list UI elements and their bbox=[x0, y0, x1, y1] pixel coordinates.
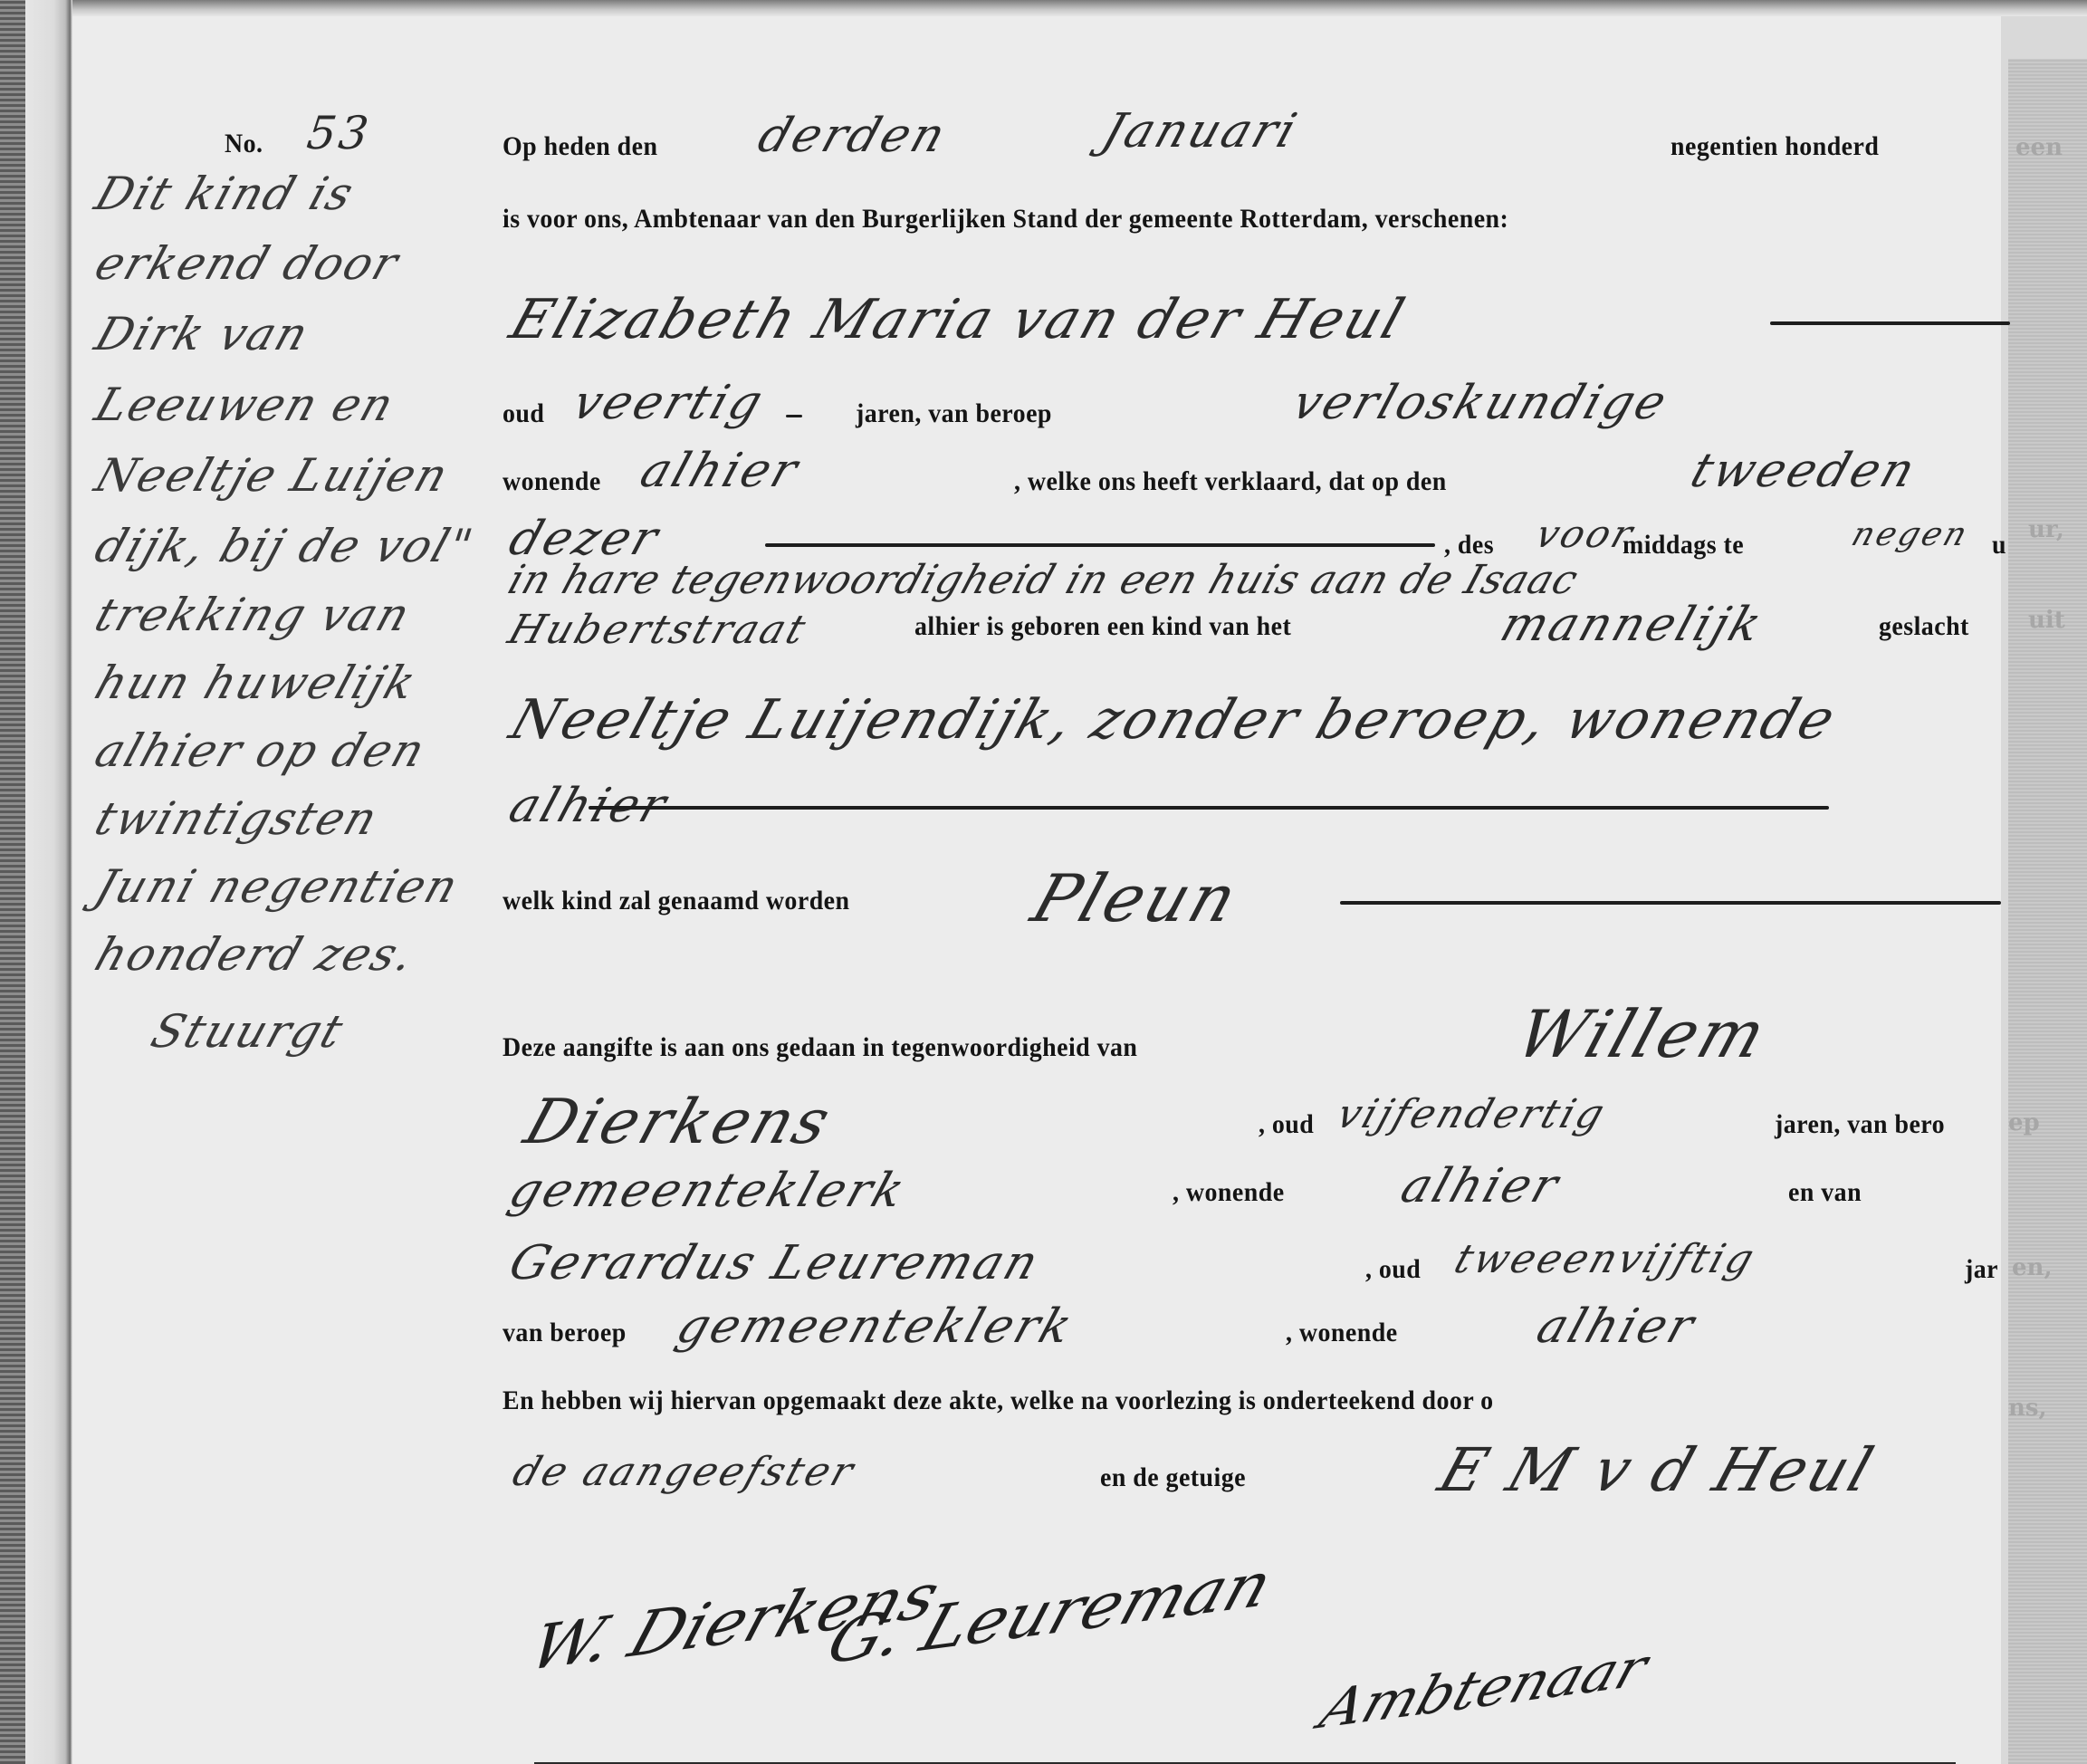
handwritten-mother: Neeltje Luijendijk, zonder beroep, wonen… bbox=[503, 688, 1845, 752]
handwritten-day: derden bbox=[752, 109, 954, 163]
handwritten-witness1-age: vijfendertig bbox=[1331, 1091, 1613, 1137]
cut-text-jaren: en, bbox=[2012, 1254, 2053, 1281]
printed-text: is voor ons, Ambtenaar van den Burgerlij… bbox=[503, 204, 1508, 235]
margin-signature: Stuurgt bbox=[145, 1005, 351, 1058]
margin-line: Juni negentien bbox=[89, 860, 466, 913]
handwritten-place: in hare tegenwoordigheid in een huis aan… bbox=[503, 557, 1584, 603]
fill-line bbox=[1340, 901, 2001, 905]
handwritten-declarant-age: veertig bbox=[566, 376, 771, 430]
margin-line: Dit kind is bbox=[89, 168, 361, 220]
handwritten-declarant-profession: verloskundige bbox=[1286, 376, 1676, 430]
handwritten-witness2-name: Gerardus Leureman bbox=[503, 1236, 1048, 1290]
printed-text: , oud bbox=[1365, 1254, 1421, 1285]
printed-text: jaren, van beroep bbox=[856, 398, 1052, 429]
margin-line: twintigsten bbox=[89, 792, 386, 845]
handwritten-hour: negen bbox=[1847, 516, 1974, 553]
signature-declarant: E M v d Heul bbox=[1431, 1435, 1883, 1505]
printed-text: welk kind zal genaamd worden bbox=[503, 886, 850, 916]
handwritten-month: Januari bbox=[1096, 104, 1306, 158]
handwritten-street: Hubertstraat bbox=[503, 607, 814, 653]
record-number-label: No. bbox=[225, 129, 263, 159]
page-top-edge bbox=[0, 0, 2087, 16]
printed-text: geslacht bbox=[1879, 611, 1969, 642]
printed-text: en de getuige bbox=[1100, 1462, 1246, 1493]
printed-text: u bbox=[1992, 530, 2006, 561]
printed-text: en van bbox=[1788, 1177, 1862, 1208]
dash bbox=[786, 415, 802, 417]
printed-text: , oud bbox=[1259, 1109, 1314, 1140]
handwritten-witness2-residence: alhier bbox=[1530, 1299, 1703, 1354]
margin-line: hun huwelijk bbox=[89, 657, 424, 709]
margin-line: alhier op den bbox=[89, 724, 433, 777]
printed-text: jar bbox=[1965, 1254, 1998, 1285]
printed-text: negentien honderd bbox=[1671, 131, 1879, 162]
margin-line: erkend door bbox=[89, 237, 406, 290]
handwritten-witness1-last: Dierkens bbox=[516, 1087, 841, 1158]
fill-line bbox=[1770, 321, 2010, 325]
page-gutter bbox=[25, 0, 72, 1764]
margin-line: trekking van bbox=[89, 589, 417, 641]
printed-text: jaren, van bero bbox=[1775, 1109, 1945, 1140]
fill-line bbox=[589, 806, 1829, 810]
margin-line: dijk, bij de vol" bbox=[89, 520, 481, 572]
adjacent-page-edge bbox=[2008, 59, 2087, 1764]
printed-text: wonende bbox=[503, 466, 601, 497]
printed-text: , wonende bbox=[1173, 1177, 1285, 1208]
handwritten-birth-day: tweeden bbox=[1684, 444, 1924, 498]
printed-text: alhier is geboren een kind van het bbox=[914, 611, 1291, 642]
cut-text-uit: uit bbox=[2028, 607, 2065, 634]
margin-line: Neeltje Luijen bbox=[89, 449, 456, 502]
handwritten-declarant-name: Elizabeth Maria van der Heul bbox=[503, 288, 1414, 351]
handwritten-sex: mannelijk bbox=[1494, 598, 1770, 652]
margin-line: Dirk van bbox=[89, 308, 316, 360]
book-binding bbox=[0, 0, 25, 1764]
printed-text: middags te bbox=[1623, 530, 1744, 561]
handwritten-witness1-profession: gemeenteklerk bbox=[503, 1164, 914, 1218]
handwritten-witness2-profession: gemeenteklerk bbox=[670, 1299, 1081, 1354]
handwritten-witness2-age: tweeenvijftig bbox=[1449, 1236, 1762, 1282]
cut-text-uur: ur, bbox=[2028, 516, 2064, 543]
handwritten-signer-role: de aangeefster bbox=[507, 1449, 861, 1495]
printed-text: oud bbox=[503, 398, 544, 429]
cut-text-ons: ns, bbox=[2008, 1395, 2047, 1422]
handwritten-child-name: Pleun bbox=[1023, 860, 1249, 936]
printed-text: En hebben wij hiervan opgemaakt deze akt… bbox=[503, 1385, 1494, 1416]
printed-text: , welke ons heeft verklaard, dat op den bbox=[1014, 466, 1447, 497]
margin-line: honderd zes. bbox=[89, 928, 422, 981]
printed-text: , des bbox=[1444, 530, 1494, 561]
fill-line bbox=[765, 543, 1435, 547]
printed-text: Deze aangifte is aan ons gedaan in tegen… bbox=[503, 1032, 1137, 1063]
cut-text-een: een bbox=[2015, 134, 2063, 161]
handwritten-declarant-residence: alhier bbox=[634, 444, 807, 498]
cut-text-beroep: ep bbox=[2008, 1109, 2040, 1136]
printed-text: , wonende bbox=[1286, 1318, 1398, 1348]
printed-text: Op heden den bbox=[503, 131, 657, 162]
handwritten-witness1-residence: alhier bbox=[1394, 1159, 1567, 1213]
handwritten-witness1-first: Willem bbox=[1508, 996, 1777, 1072]
margin-line: Leeuwen en bbox=[89, 379, 402, 431]
printed-text: van beroep bbox=[503, 1318, 627, 1348]
